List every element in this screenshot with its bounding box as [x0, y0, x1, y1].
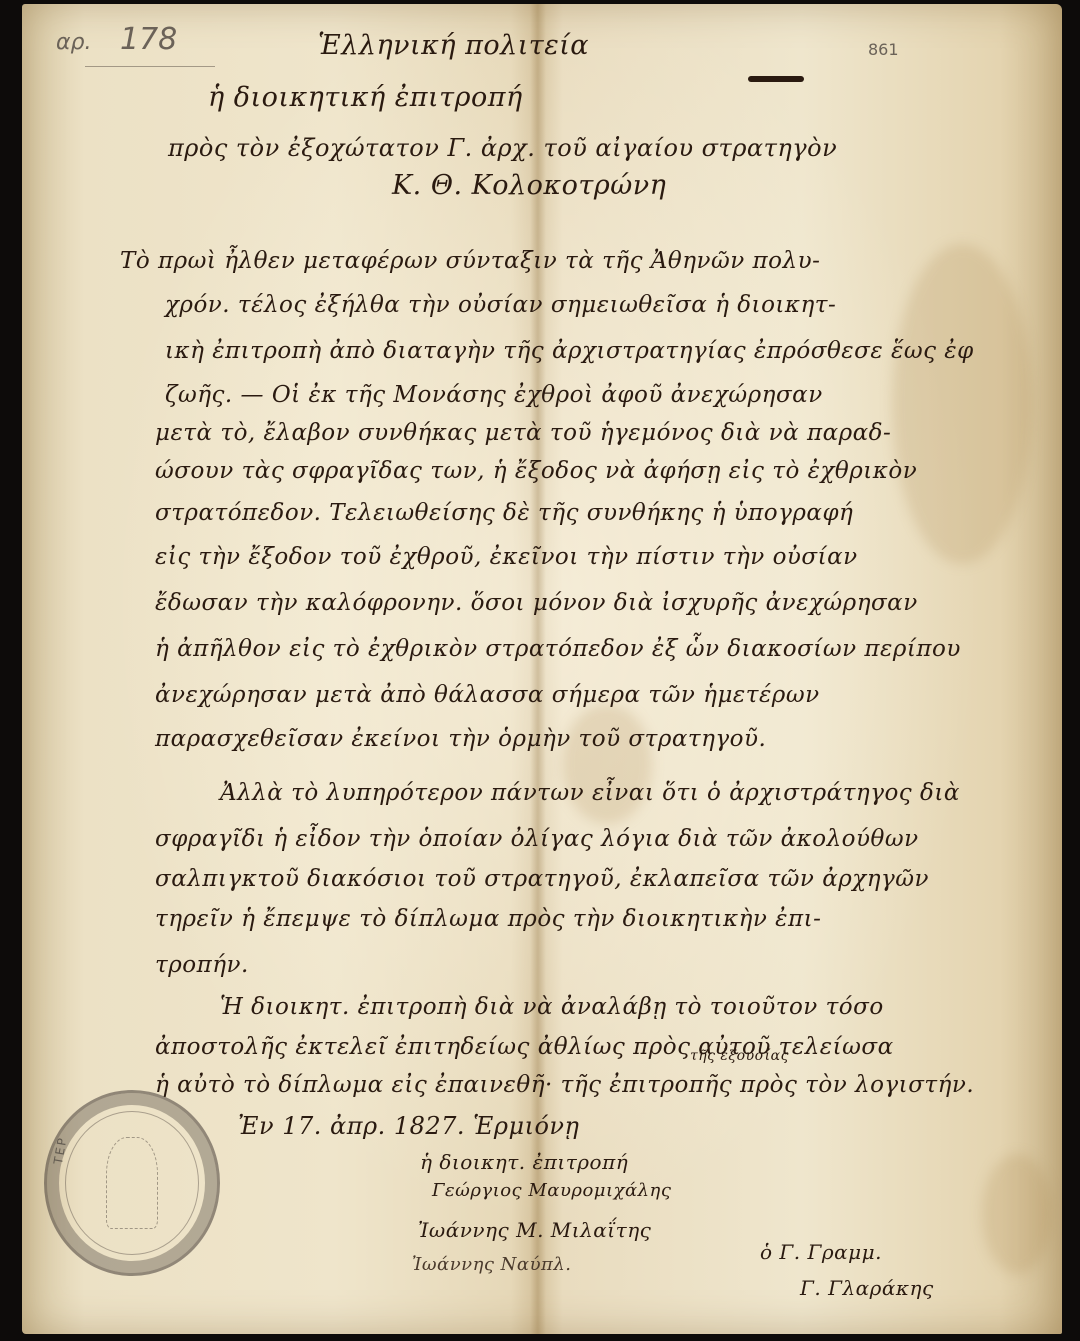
body-line: σφραγῖδι ἡ εἶδον τὴν ὁποίαν ὀλίγας λόγια… — [155, 826, 919, 852]
body-line: ἡ αὐτὸ τὸ δίπλωμα εἰς ἐπαινεθῆ· τῆς ἐπιτ… — [155, 1072, 974, 1098]
signing-body: ἡ διοικητ. ἐπιτροπή — [420, 1150, 628, 1174]
body-line: ώσουν τὰς σφραγῖδας των, ἡ ἔξοδος νὰ ἀφή… — [155, 458, 917, 484]
body-line: μετὰ τὸ, ἔλαβον συνθήκας μετὰ τοῦ ἡγεμόν… — [155, 420, 891, 446]
body-line: Ἀλλὰ τὸ λυπηρότερον πάντων εἶναι ὅτι ὁ ἀ… — [220, 780, 960, 806]
folio-number: 861 — [868, 40, 899, 59]
official-seal-stamp: ΤΕΡ — [44, 1090, 220, 1276]
heading-line-4: Κ. Θ. Κολοκοτρώνη — [392, 170, 666, 201]
body-line: παρασχεθεῖσαν ἐκείνοι τὴν ὁρμὴν τοῦ στρα… — [155, 726, 766, 752]
body-line: στρατόπεδον. Τελειωθείσης δὲ τῆς συνθήκη… — [155, 500, 853, 526]
secretary-signature: Γ. Γλαράκης — [800, 1276, 934, 1300]
body-line: ἀνεχώρησαν μετὰ ἀπὸ θάλασσα σήμερα τῶν ἡ… — [155, 682, 820, 708]
signature: Γεώργιος Μαυρομιχάλης — [432, 1180, 671, 1201]
reference-label: αρ. — [56, 30, 91, 55]
water-stain — [982, 1154, 1052, 1274]
water-stain — [892, 244, 1032, 564]
heading-line-1: Ἑλληνική πολιτεία — [318, 30, 589, 61]
water-stain — [562, 704, 652, 824]
body-line: χρόν. τέλος ἐξήλθα τὴν οὐσίαν σημειωθεῖσ… — [165, 292, 836, 318]
interlinear-note: τῆς ἐξουσίας — [690, 1048, 789, 1064]
signature: Ἰωάννης Ναύπλ. — [412, 1254, 572, 1275]
body-line: ικὴ ἐπιτροπὴ ἀπὸ διαταγὴν τῆς ἀρχιστρατη… — [165, 338, 974, 364]
reference-number: 178 — [120, 22, 177, 57]
body-line: ἔδωσαν τὴν καλόφρονην. ὅσοι μόνον διὰ ἰσ… — [155, 590, 918, 616]
body-line: τροπήν. — [155, 952, 249, 978]
heading-line-3: πρὸς τὸν ἐξοχώτατον Γ. ἀρχ. τοῦ αἰγαίου … — [168, 134, 837, 162]
body-line: ζωῆς. — Οἱ ἐκ τῆς Μονάσης ἐχθροὶ ἀφοῦ ἀν… — [165, 382, 823, 408]
flourish — [748, 76, 804, 82]
heading-line-2: ἡ διοικητική ἐπιτροπή — [208, 82, 523, 113]
seal-legend: ΤΕΡ — [51, 1135, 70, 1165]
body-line: Ἡ διοικητ. ἐπιτροπὴ διὰ νὰ ἀναλάβῃ τὸ το… — [220, 994, 884, 1020]
body-line: σαλπιγκτοῦ διακόσιοι τοῦ στρατηγοῦ, ἐκλα… — [155, 866, 929, 892]
reference-underline — [85, 66, 215, 67]
secretary-title: ὁ Γ. Γραμμ. — [760, 1240, 882, 1264]
body-line: τηρεῖν ἡ ἔπεμψε τὸ δίπλωμα πρὸς τὴν διοι… — [155, 906, 821, 932]
body-line: ἡ ἀπῆλθον εἰς τὸ ἐχθρικὸν στρατόπεδον ἐξ… — [155, 636, 961, 662]
signature: Ἰωάννης Μ. Μιλαΐτης — [418, 1218, 651, 1242]
date-line: Ἐν 17. ἀπρ. 1827. Ἑρμιόνῃ — [238, 1112, 579, 1140]
body-line: Τὸ πρωὶ ἦλθεν μεταφέρων σύνταξιν τὰ τῆς … — [120, 248, 820, 274]
seal-figure-icon — [106, 1137, 158, 1229]
body-line: εἰς τὴν ἔξοδον τοῦ ἐχθροῦ, ἐκεῖνοι τὴν π… — [155, 544, 858, 570]
